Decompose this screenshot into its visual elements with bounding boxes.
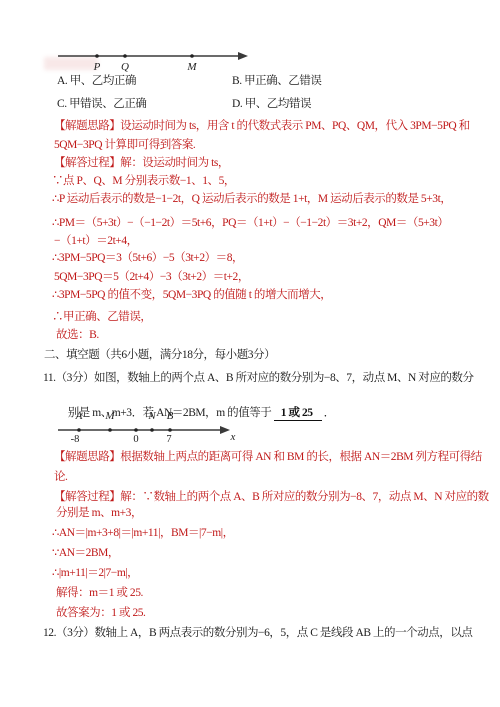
sol11-line-idea2: 论. bbox=[54, 470, 67, 485]
point-dot-zero bbox=[134, 428, 138, 432]
sol10-line-step5: −（1+t）＝2t+4， bbox=[54, 234, 138, 249]
sol11-line-step3: ∴AN＝|m+3+8|＝|m+11|，BM＝|7−m|， bbox=[52, 526, 234, 541]
numberline-1: P Q M bbox=[52, 44, 262, 78]
point-dot-n bbox=[150, 428, 154, 432]
q11-line2-suffix: ． bbox=[324, 407, 335, 419]
axis-arrow-icon bbox=[238, 52, 248, 60]
option-b: B. 甲正确、乙错误 bbox=[232, 74, 321, 89]
q11-line1: 11.（3分）如图，数轴上的两个点 A、B 所对应的数分别为−8、7，动点 M、… bbox=[43, 371, 474, 386]
label-p: P bbox=[93, 61, 101, 73]
sol11-line-step5: ∴|m+11|＝2|7−m|， bbox=[52, 566, 138, 581]
label-n: N bbox=[147, 410, 156, 422]
sol10-line-step1: 【解答过程】解：设运动时间为 ts， bbox=[54, 156, 229, 171]
document-page: P Q M A. 甲、乙均正确 B. 甲正确、乙错误 C. 甲错误、乙正确 D.… bbox=[0, 0, 500, 707]
label-m: M bbox=[104, 410, 115, 422]
label-x-axis: x bbox=[230, 431, 236, 443]
label-a: A bbox=[75, 410, 83, 422]
tick-neg8: -8 bbox=[71, 434, 80, 445]
sol11-line-step2: 分别是 m、m+3， bbox=[56, 506, 142, 521]
sol10-line-step2: ∵点 P、Q、M 分别表示数−1、1、5， bbox=[52, 174, 235, 189]
sol10-line-step3: ∴P 运动后表示的数是−1−2t，Q 运动后表示的数是 1+t，M 运动后表示的… bbox=[52, 192, 451, 207]
label-m: M bbox=[186, 61, 197, 73]
sol11-line-step1: 【解答过程】解：∵数轴上的两个点 A、B 所对应的数分别为−8、7，动点 M、N… bbox=[54, 490, 489, 505]
sol10-line-step8: ∴3PM−5PQ 的值不变，5QM−3PQ 的值随 t 的增大而增大， bbox=[52, 288, 331, 303]
sol11-line-answer: 故答案为：1 或 25. bbox=[56, 606, 145, 621]
sol10-line-idea2: 5QM−3PQ 计算即可得到答案. bbox=[54, 138, 195, 153]
option-d: D. 甲、乙均错误 bbox=[232, 97, 311, 112]
q12-line1: 12.（3分）数轴上 A，B 两点表示的数分别为−6，5，点 C 是线段 AB … bbox=[43, 626, 472, 641]
point-dot-m bbox=[190, 54, 194, 58]
sol10-line-step6: ∴3PM−5PQ＝3（5t+6）−5（3t+2）＝8， bbox=[52, 251, 243, 266]
sol10-line-step4: ∴PM＝（5+3t）−（−1−2t）＝5t+6，PQ＝（1+t）−（−1−2t）… bbox=[52, 216, 448, 231]
sol10-line-step7: 5QM−3PQ＝5（2t+4）−3（3t+2）＝t+2， bbox=[54, 270, 249, 285]
sol10-line-idea1: 【解题思路】设运动时间为 ts，用含 t 的代数式表示 PM、PQ、QM，代入 … bbox=[54, 119, 470, 134]
sol11-line-idea1: 【解题思路】根据数轴上两点的距离可得 AN 和 BM 的长，根据 AN＝2BM … bbox=[54, 450, 482, 465]
point-dot-p bbox=[95, 54, 99, 58]
label-q: Q bbox=[121, 61, 129, 73]
label-b: B bbox=[167, 410, 174, 422]
option-c: C. 甲错误、乙正确 bbox=[57, 97, 146, 112]
numberline-2: A M N B -8 0 7 x bbox=[52, 406, 252, 444]
sol11-line-step4: ∵AN＝2BM， bbox=[52, 546, 119, 561]
tick-seven: 7 bbox=[166, 434, 171, 445]
point-dot-m bbox=[108, 428, 112, 432]
axis-arrow-icon bbox=[220, 426, 230, 434]
point-dot-b bbox=[168, 428, 172, 432]
section-heading: 二、填空题（共6小题，满分18分，每小题3分） bbox=[44, 348, 275, 363]
q11-answer-blank: 1 或 25 bbox=[274, 407, 322, 421]
sol10-line-answer: 故选：B. bbox=[56, 328, 99, 343]
point-dot-q bbox=[123, 54, 127, 58]
point-dot-a bbox=[77, 428, 81, 432]
option-a: A. 甲、乙均正确 bbox=[57, 74, 136, 89]
sol10-line-step9: ∴甲正确、乙错误， bbox=[52, 310, 151, 325]
sol11-line-result: 解得：m＝1 或 25. bbox=[56, 586, 143, 601]
tick-zero: 0 bbox=[133, 434, 138, 445]
